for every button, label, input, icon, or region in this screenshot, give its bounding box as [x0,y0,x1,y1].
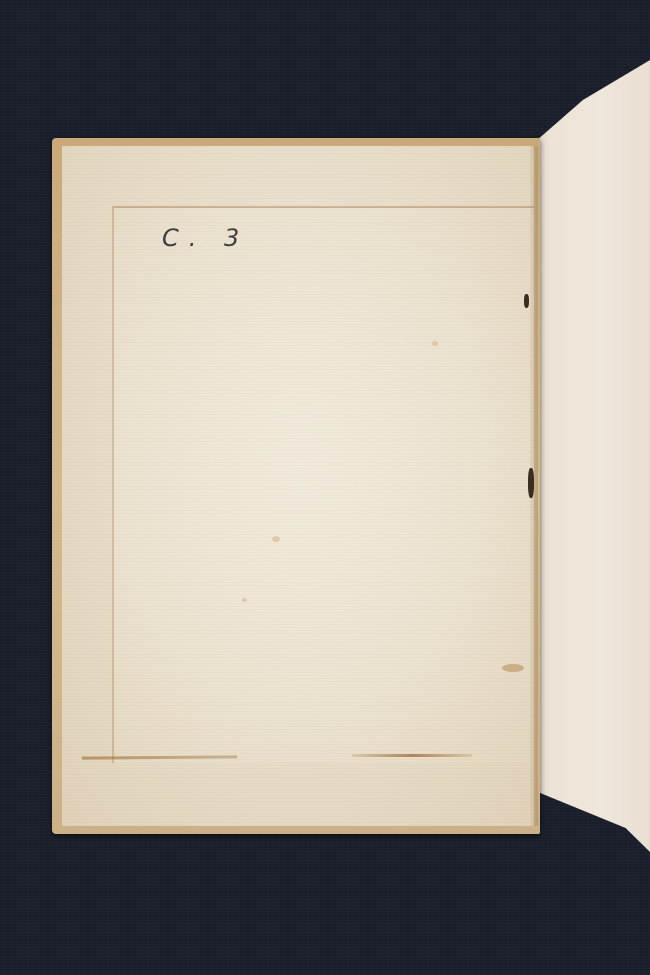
worm-damage [528,468,534,498]
pastedown-page: C. 3 [62,146,534,826]
foxing-spot [242,598,247,602]
crease-mark [82,755,237,759]
turn-in-panel [112,206,534,763]
tear-stain [502,664,524,672]
worm-damage [524,294,529,308]
facing-flyleaf [528,60,650,860]
gutter-shadow [530,146,538,826]
handwritten-shelfmark: C. 3 [162,224,249,252]
crease-mark [352,754,472,757]
book-photograph: C. 3 [0,0,650,975]
foxing-spot [432,341,438,346]
foxing-spot [272,536,280,542]
